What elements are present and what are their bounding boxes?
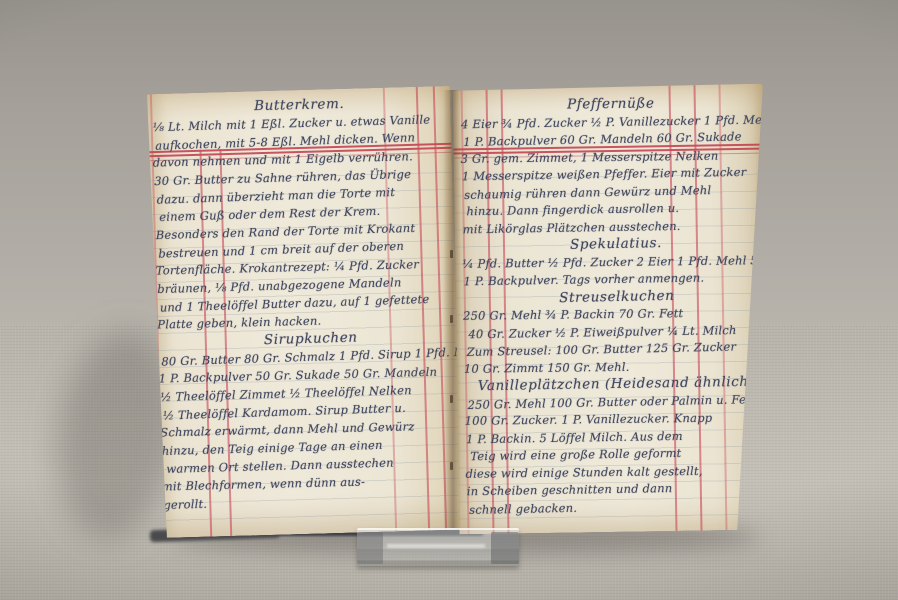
acrylic-stand-highlight (387, 544, 485, 548)
right-page-handwriting: Pfeffernüße 4 Eier ¾ Pfd. Zucker ½ P. Va… (461, 94, 770, 519)
binding-stitch (450, 395, 453, 403)
book-gutter (443, 90, 461, 528)
photo-scene: Butterkrem. ⅛ Lt. Milch mit 1 Eßl. Zucke… (0, 0, 898, 600)
handwriting-line: diese wird einige Stunden kalt gestellt, (465, 462, 767, 483)
acrylic-stand-right-cap (491, 532, 519, 564)
notebook-right-page: Pfeffernüße 4 Eier ¾ Pfd. Zucker ½ P. Va… (453, 84, 772, 535)
binding-stitch (450, 462, 453, 470)
handwriting-line: 3 Gr. gem. Zimmet, 1 Messerspitze Nelken (461, 147, 763, 168)
handwriting-line: 100 Gr. Zucker. 1 P. Vanillezucker. Knap… (465, 409, 767, 430)
acrylic-stand-left-cap (357, 532, 383, 564)
binding-stitch (450, 315, 453, 323)
handwriting-line: 10 Gr. Zimmt 150 Gr. Mehl. (464, 357, 766, 378)
recipe-header: Pfeffernüße (460, 94, 762, 115)
notebook-left-page: Butterkrem. ⅛ Lt. Milch mit 1 Eßl. Zucke… (144, 86, 462, 538)
left-page-handwriting: Butterkrem. ⅛ Lt. Milch mit 1 Eßl. Zucke… (152, 92, 459, 514)
handwriting-line: ¼ Pfd. Butter ½ Pfd. Zucker 2 Eier 1 Pfd… (462, 252, 764, 273)
binding-stitch (450, 250, 453, 258)
acrylic-stand (357, 528, 519, 566)
